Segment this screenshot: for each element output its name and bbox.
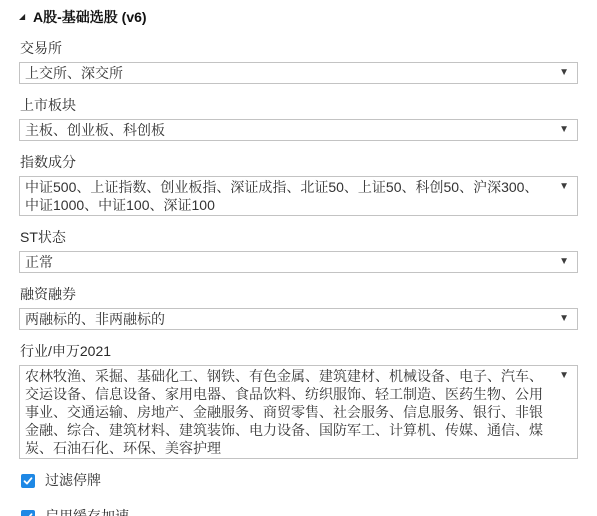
exchange-dropdown-value: 上交所、深交所 — [25, 65, 123, 81]
filter-suspended-label[interactable]: 过滤停牌 — [45, 473, 101, 488]
dropdown-arrow-icon: ▼ — [559, 123, 569, 137]
index-constituents-dropdown-value: 中证500、上证指数、创业板指、深证成指、北证50、上证50、科创50、沪深30… — [25, 179, 538, 213]
field-st-status: ST状态 正常 ▼ — [19, 230, 578, 273]
field-listing-board: 上市板块 主板、创业板、科创板 ▼ — [19, 98, 578, 141]
dropdown-arrow-icon: ▼ — [559, 255, 569, 269]
margin-trading-dropdown[interactable]: 两融标的、非两融标的 ▼ — [19, 308, 578, 330]
field-label-margin-trading: 融资融券 — [20, 287, 578, 302]
listing-board-dropdown-value: 主板、创业板、科创板 — [25, 122, 165, 138]
field-label-exchange: 交易所 — [20, 41, 578, 56]
field-label-industry: 行业/申万2021 — [20, 344, 578, 359]
dropdown-arrow-icon: ▼ — [559, 312, 569, 326]
field-industry: 行业/申万2021 农林牧渔、采掘、基础化工、钢铁、有色金属、建筑建材、机械设备… — [19, 344, 578, 459]
index-constituents-dropdown[interactable]: 中证500、上证指数、创业板指、深证成指、北证50、上证50、科创50、沪深30… — [19, 176, 578, 216]
filter-suspended-checkbox[interactable] — [21, 474, 35, 488]
cache-acceleration-row: 启用缓存加速 — [21, 509, 578, 516]
check-icon — [23, 476, 33, 486]
listing-board-dropdown[interactable]: 主板、创业板、科创板 ▼ — [19, 119, 578, 141]
panel-header: ◢ A股-基础选股 (v6) — [19, 7, 578, 27]
field-index-constituents: 指数成分 中证500、上证指数、创业板指、深证成指、北证50、上证50、科创50… — [19, 155, 578, 216]
st-status-dropdown[interactable]: 正常 ▼ — [19, 251, 578, 273]
field-label-st-status: ST状态 — [20, 230, 578, 245]
field-exchange: 交易所 上交所、深交所 ▼ — [19, 41, 578, 84]
margin-trading-dropdown-value: 两融标的、非两融标的 — [25, 311, 165, 327]
stock-filter-panel: ◢ A股-基础选股 (v6) 交易所 上交所、深交所 ▼ 上市板块 主板、创业板… — [0, 0, 597, 516]
industry-dropdown[interactable]: 农林牧渔、采掘、基础化工、钢铁、有色金属、建筑建材、机械设备、电子、汽车、交运设… — [19, 365, 578, 459]
dropdown-arrow-icon: ▼ — [559, 66, 569, 80]
cache-acceleration-label[interactable]: 启用缓存加速 — [45, 509, 129, 516]
field-margin-trading: 融资融券 两融标的、非两融标的 ▼ — [19, 287, 578, 330]
tree-expander-icon[interactable]: ◢ — [19, 7, 33, 27]
panel-title: A股-基础选股 (v6) — [33, 7, 147, 27]
check-icon — [23, 512, 33, 516]
exchange-dropdown[interactable]: 上交所、深交所 ▼ — [19, 62, 578, 84]
cache-acceleration-checkbox[interactable] — [21, 510, 35, 516]
field-label-listing-board: 上市板块 — [20, 98, 578, 113]
industry-dropdown-value: 农林牧渔、采掘、基础化工、钢铁、有色金属、建筑建材、机械设备、电子、汽车、交运设… — [25, 368, 543, 456]
dropdown-arrow-icon: ▼ — [559, 369, 569, 383]
st-status-dropdown-value: 正常 — [25, 254, 53, 270]
field-label-index-constituents: 指数成分 — [20, 155, 578, 170]
dropdown-arrow-icon: ▼ — [559, 180, 569, 194]
filter-suspended-row: 过滤停牌 — [21, 473, 578, 488]
